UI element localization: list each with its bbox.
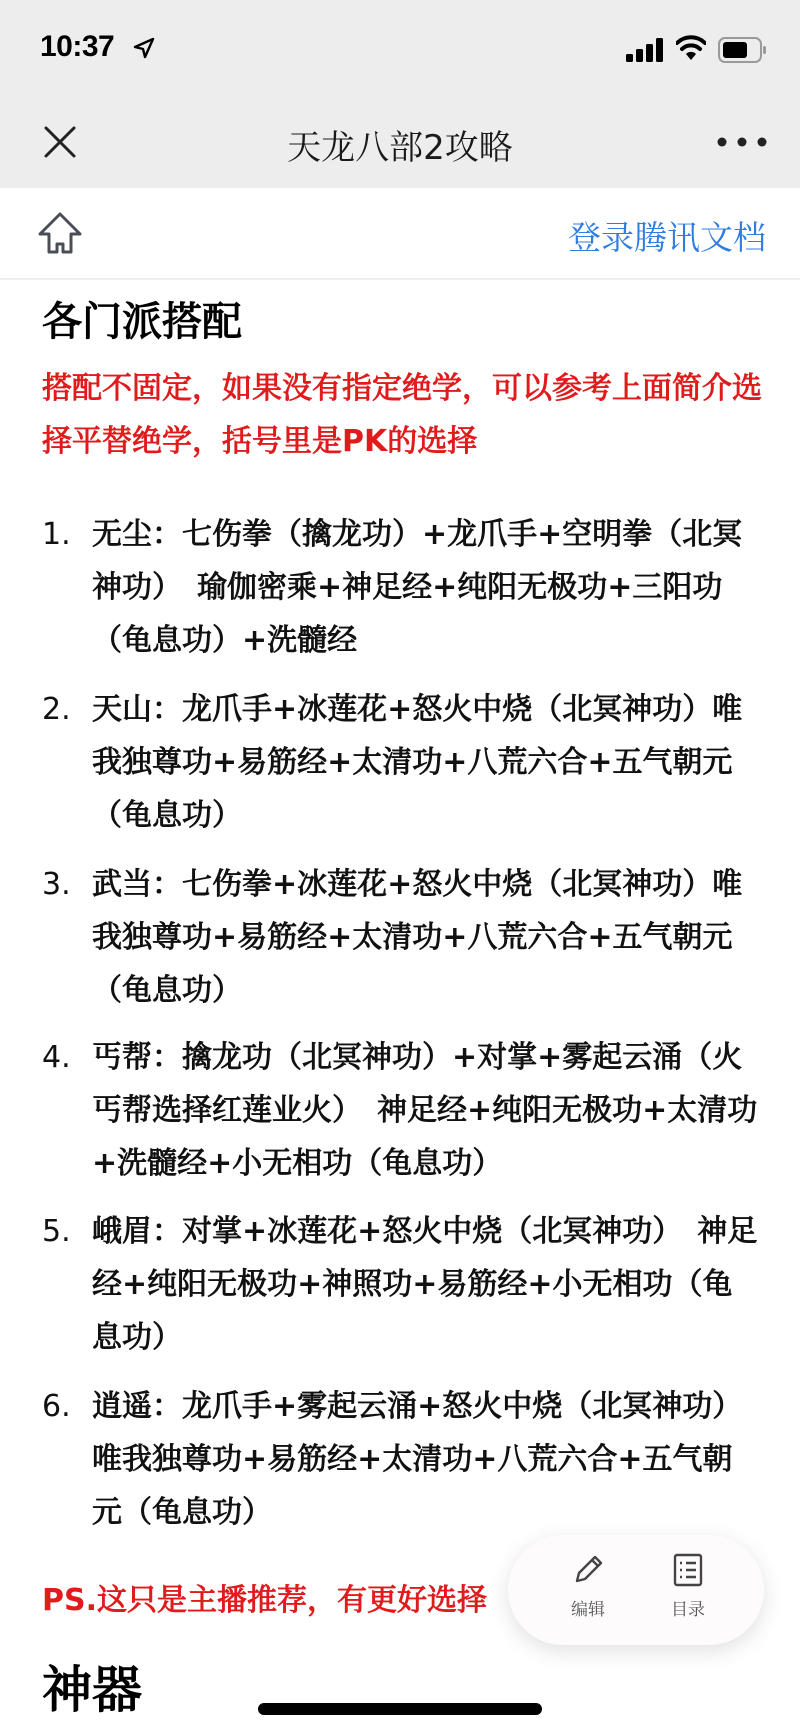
list-text: 丐帮：擒龙功（北冥神功）+对掌+雾起云涌（火丐帮选择红莲业火） 神足经+纯阳无极… bbox=[42, 1031, 762, 1190]
status-bar: 10:37 bbox=[0, 0, 800, 100]
list-item: 2. 天山：龙爪手+冰莲花+怒火中烧（北冥神功）唯我独尊功+易筋经+太清功+八荒… bbox=[42, 683, 762, 842]
list-item: 3. 武当：七伤拳+冰莲花+怒火中烧（北冥神功）唯我独尊功+易筋经+太清功+八荒… bbox=[42, 858, 762, 1017]
floating-action-bar: 编辑 目录 bbox=[508, 1535, 764, 1645]
more-icon[interactable] bbox=[714, 132, 770, 152]
list-text: 峨眉：对掌+冰莲花+怒火中烧（北冥神功） 神足经+纯阳无极功+神照功+易筋经+小… bbox=[42, 1205, 762, 1364]
list-text: 无尘：七伤拳（擒龙功）+龙爪手+空明拳（北冥神功） 瑜伽密乘+神足经+纯阳无极功… bbox=[42, 508, 762, 667]
toc-label: 目录 bbox=[648, 1595, 728, 1620]
ps-note: PS.这只是主播推荐，有更好选择 bbox=[42, 1575, 487, 1619]
list-text: 武当：七伤拳+冰莲花+怒火中烧（北冥神功）唯我独尊功+易筋经+太清功+八荒六合+… bbox=[42, 858, 762, 1017]
list-item: 1. 无尘：七伤拳（擒龙功）+龙爪手+空明拳（北冥神功） 瑜伽密乘+神足经+纯阳… bbox=[42, 508, 762, 667]
cellular-signal-icon bbox=[626, 38, 666, 62]
nav-bar: 天龙八部2攻略 bbox=[0, 100, 800, 188]
list-item: 5. 峨眉：对掌+冰莲花+怒火中烧（北冥神功） 神足经+纯阳无极功+神照功+易筋… bbox=[42, 1205, 762, 1364]
list-number: 2. bbox=[42, 683, 92, 736]
home-indicator[interactable] bbox=[258, 1703, 542, 1715]
notice-text: 搭配不固定，如果没有指定绝学，可以参考上面简介选择平替绝学，括号里是PK的选择 bbox=[42, 362, 762, 468]
list-icon bbox=[671, 1553, 705, 1587]
home-icon[interactable] bbox=[36, 210, 84, 258]
list-number: 1. bbox=[42, 508, 92, 561]
section-title: 各门派搭配 bbox=[42, 290, 242, 347]
doc-header: 登录腾讯文档 bbox=[0, 188, 800, 280]
status-time: 10:37 bbox=[40, 30, 114, 64]
section-title-artifacts: 神器 bbox=[42, 1650, 142, 1722]
list-number: 6. bbox=[42, 1380, 92, 1433]
location-arrow-icon bbox=[132, 36, 156, 60]
list-item: 4. 丐帮：擒龙功（北冥神功）+对掌+雾起云涌（火丐帮选择红莲业火） 神足经+纯… bbox=[42, 1031, 762, 1190]
list-number: 5. bbox=[42, 1205, 92, 1258]
wifi-icon bbox=[676, 34, 706, 62]
edit-label: 编辑 bbox=[548, 1595, 628, 1620]
toc-button[interactable]: 目录 bbox=[648, 1553, 728, 1620]
top-chrome: 10:37 天龙八部2攻略 bbox=[0, 0, 800, 188]
battery-icon bbox=[718, 37, 766, 63]
list-text: 逍遥：龙爪手+雾起云涌+怒火中烧（北冥神功） 唯我独尊功+易筋经+太清功+八荒六… bbox=[42, 1380, 762, 1539]
login-tencent-docs-link[interactable]: 登录腾讯文档 bbox=[568, 212, 766, 259]
list-item: 6. 逍遥：龙爪手+雾起云涌+怒火中烧（北冥神功） 唯我独尊功+易筋经+太清功+… bbox=[42, 1380, 762, 1539]
list-number: 3. bbox=[42, 858, 92, 911]
list-number: 4. bbox=[42, 1031, 92, 1084]
edit-button[interactable]: 编辑 bbox=[548, 1553, 628, 1620]
list-text: 天山：龙爪手+冰莲花+怒火中烧（北冥神功）唯我独尊功+易筋经+太清功+八荒六合+… bbox=[42, 683, 762, 842]
pencil-icon bbox=[571, 1553, 605, 1587]
page-title: 天龙八部2攻略 bbox=[0, 120, 800, 169]
